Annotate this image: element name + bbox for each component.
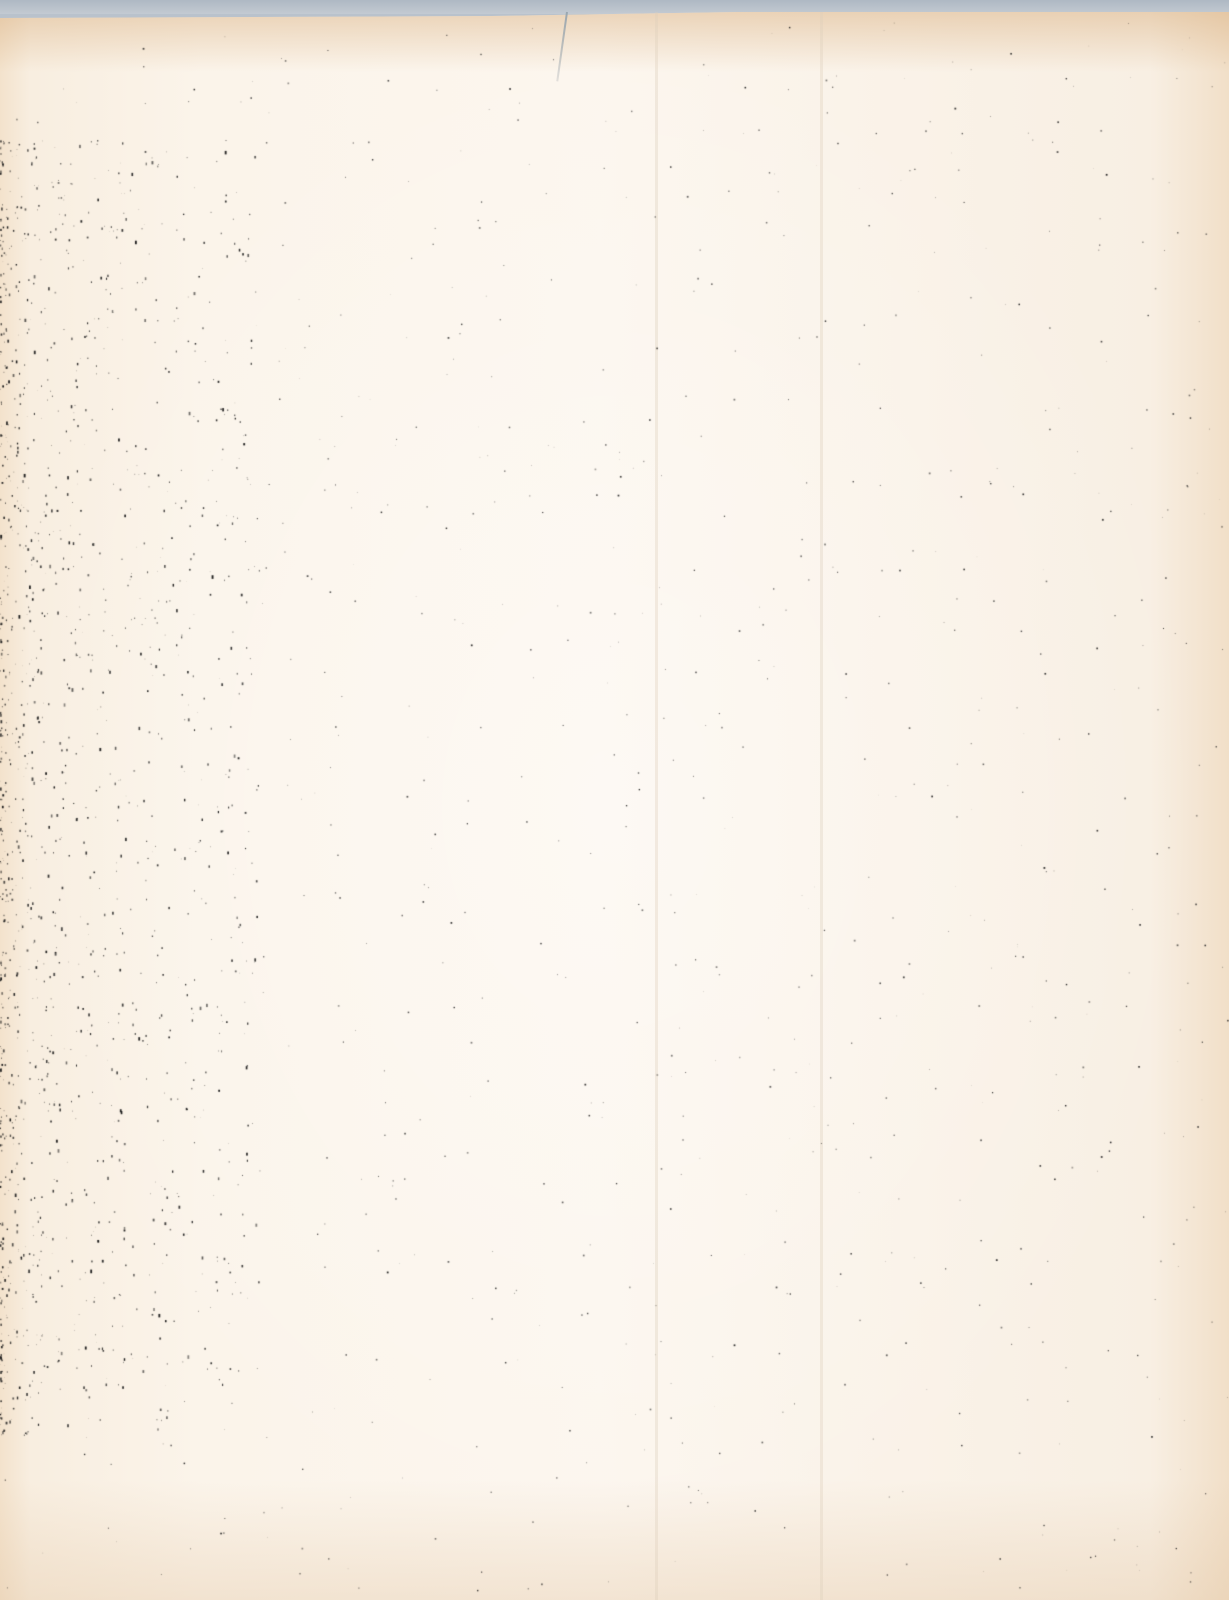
paper-fold-line — [820, 12, 823, 1600]
scanner-background — [0, 0, 1229, 14]
blank-paper-page — [0, 12, 1229, 1600]
paper-fold-line — [655, 12, 658, 1600]
